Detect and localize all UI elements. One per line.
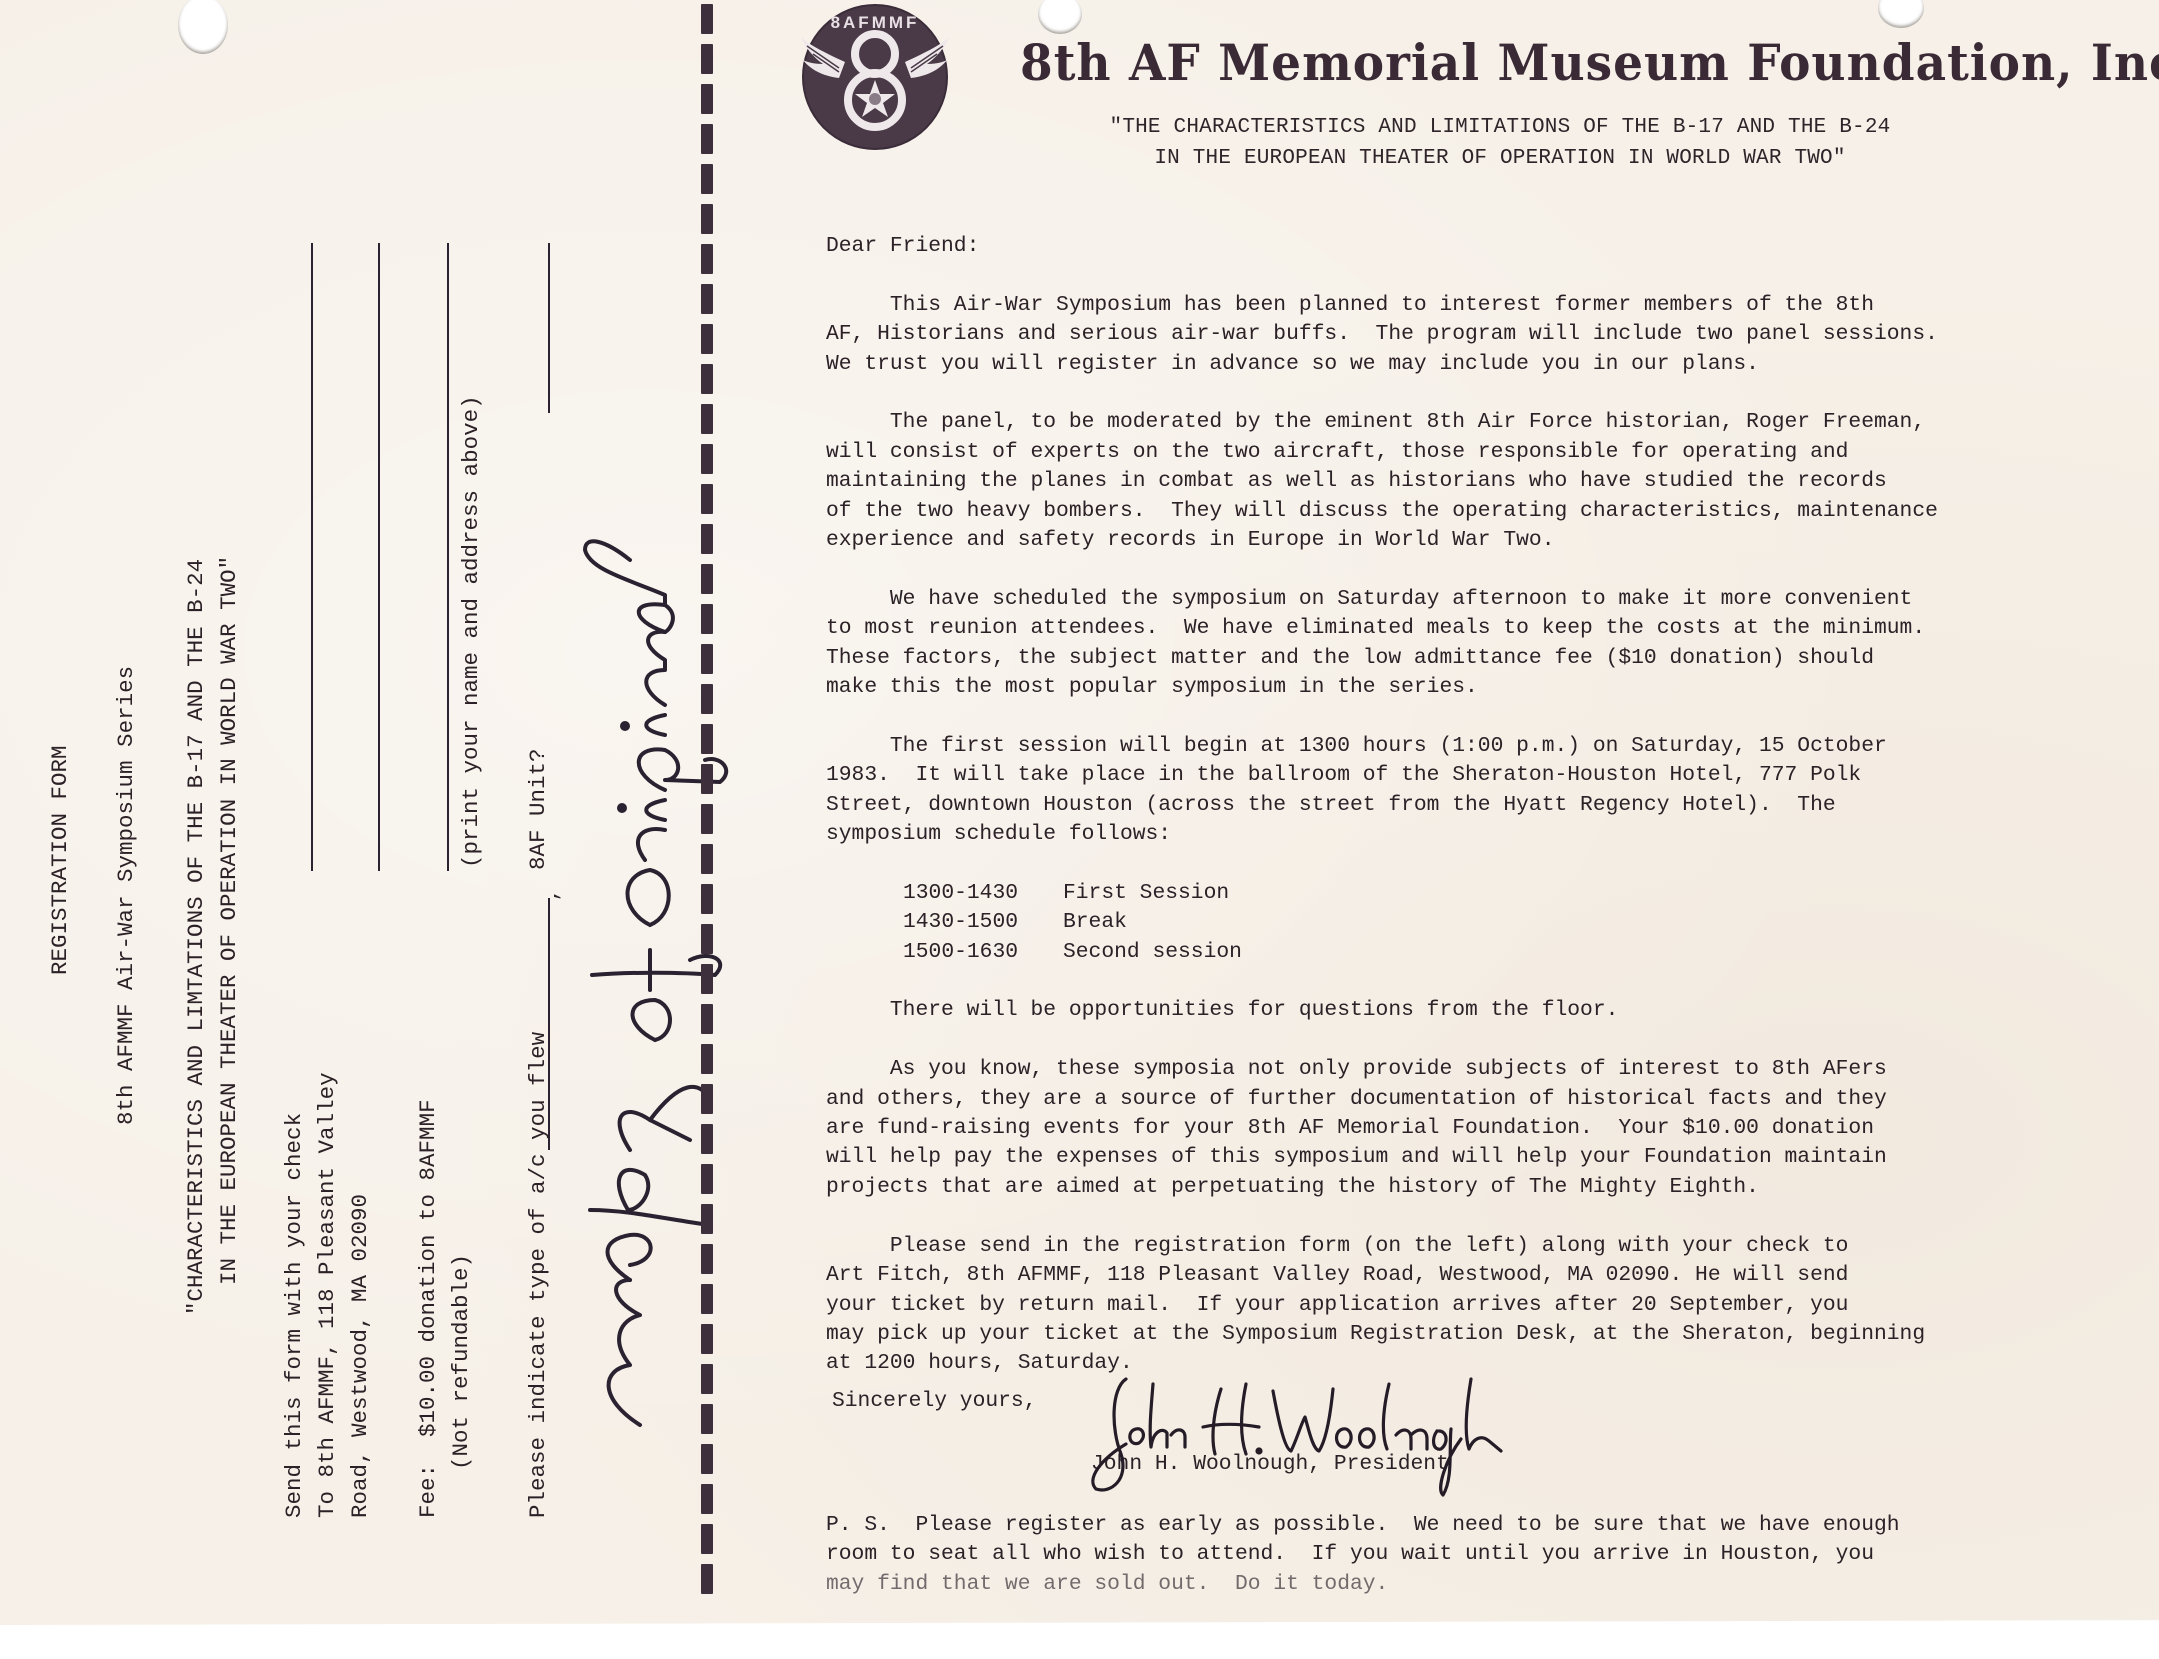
cut-line-dash [701, 1124, 713, 1154]
cut-line-dash [701, 644, 713, 674]
text-line: P. S. Please register as early as possib… [826, 1511, 2126, 1540]
text-line: 1983. It will take place in the ballroom… [826, 761, 2126, 790]
cut-line-dash [701, 1524, 713, 1554]
text-line: experience and safety records in Europe … [826, 526, 2126, 555]
form-series: 8th AFMMF Air-War Symposium Series [110, 666, 143, 1125]
svg-text:8AFMMF: 8AFMMF [831, 13, 920, 32]
organization-name: 8th AF Memorial Museum Foundation, Inc. [1020, 35, 2120, 93]
text-line: These factors, the subject matter and th… [826, 644, 2126, 673]
unit-prompt: 8AF Unit? [522, 748, 555, 870]
cut-line-dash [701, 364, 713, 394]
send-instructions-line3: Road, Westwood, MA 02090 [344, 1194, 377, 1518]
aircraft-type-field[interactable] [548, 898, 550, 1150]
cut-line-dash [701, 164, 713, 194]
text-line: room to seat all who wish to attend. If … [826, 1540, 2126, 1569]
send-instructions-line1: Send this form with your check [278, 1113, 311, 1518]
text-line: will consist of experts on the two aircr… [826, 438, 2126, 467]
text-line: maintaining the planes in combat as well… [826, 467, 2126, 496]
cut-line-dash [701, 1244, 713, 1274]
cut-line-dash [701, 1484, 713, 1514]
cut-line-dash [701, 604, 713, 634]
cut-line-dash [701, 484, 713, 514]
schedule-time: 1500-1630 [903, 938, 1063, 967]
cut-line-dash [701, 1164, 713, 1194]
text-line: make this the most popular symposium in … [826, 673, 2126, 702]
paragraph-panel: The panel, to be moderated by the eminen… [826, 408, 2126, 555]
paragraph-scheduling: We have scheduled the symposium on Satur… [826, 585, 2126, 703]
cut-line-dash [701, 524, 713, 554]
schedule-table: 1300-1430First Session 1430-1500Break 15… [903, 879, 2126, 967]
text-line: may pick up your ticket at the Symposium… [826, 1320, 2126, 1349]
text-line: projects that are aimed at perpetuating … [826, 1173, 2126, 1202]
address-line-2[interactable] [447, 243, 449, 871]
text-line: The panel, to be moderated by the eminen… [826, 408, 2126, 437]
cut-line-dash [701, 1204, 713, 1234]
text-line: symposium schedule follows: [826, 820, 2126, 849]
schedule-row: 1500-1630Second session [903, 938, 2126, 967]
paragraph-venue: The first session will begin at 1300 hou… [826, 732, 2126, 850]
text-line: We trust you will register in advance so… [826, 350, 2126, 379]
cut-line-dash [701, 244, 713, 274]
cut-line-dash [701, 84, 713, 114]
paragraph-questions: There will be opportunities for question… [826, 996, 2126, 1025]
fee-not-refundable: (Not refundable) [445, 1254, 478, 1470]
cut-line-dash [701, 284, 713, 314]
text-line: and others, they are a source of further… [826, 1085, 2126, 1114]
send-instructions-line2: To 8th AFMMF, 118 Pleasant Valley [311, 1072, 344, 1518]
cut-line-dash [701, 884, 713, 914]
cut-line-dash [701, 444, 713, 474]
schedule-row: 1430-1500Break [903, 908, 2126, 937]
text-line: of the two heavy bombers. They will disc… [826, 497, 2126, 526]
form-heading-line1: "CHARACTERISTICS AND LIMTATIONS OF THE B… [180, 559, 213, 1315]
cut-line-dash [701, 1364, 713, 1394]
cut-line-dash [701, 804, 713, 834]
form-title: REGISTRATION FORM [44, 745, 77, 975]
symposium-title: "THE CHARACTERISTICS AND LIMITATIONS OF … [1000, 112, 2000, 174]
schedule-item: Break [1063, 910, 1127, 934]
paragraph-intro: This Air-War Symposium has been planned … [826, 291, 2126, 379]
symposium-title-line2: IN THE EUROPEAN THEATER OF OPERATION IN … [1000, 143, 2000, 174]
text-line: are fund-raising events for your 8th AF … [826, 1114, 2126, 1143]
closing-block: Sincerely yours, John H. Woolnough, Pres… [826, 1387, 2126, 1499]
text-line: As you know, these symposia not only pro… [826, 1055, 2126, 1084]
schedule-item: First Session [1063, 881, 1229, 905]
cut-line-dash [701, 1404, 713, 1434]
text-line: The first session will begin at 1300 hou… [826, 732, 2126, 761]
fee-line: Fee: $10.00 donation to 8AFMMF [412, 1099, 445, 1518]
handwritten-signature: John H. Woolnough [1081, 1369, 1521, 1497]
cut-line-dash [701, 44, 713, 74]
text-line: AF, Historians and serious air-war buffs… [826, 320, 2126, 349]
text-line: This Air-War Symposium has been planned … [826, 291, 2126, 320]
name-line[interactable] [311, 243, 313, 871]
cut-line-dash [701, 1004, 713, 1034]
8th-af-seal-logo: 8AFMMF [783, 2, 963, 157]
paragraph-registration-instructions: Please send in the registration form (on… [826, 1232, 2126, 1379]
address-line-1[interactable] [378, 243, 380, 871]
schedule-item: Second session [1063, 940, 1242, 964]
unit-field[interactable] [548, 243, 550, 413]
letter-body: Dear Friend: This Air-War Symposium has … [826, 232, 2126, 1599]
cut-line-dash [701, 1564, 713, 1594]
text-line: Please send in the registration form (on… [826, 1232, 2126, 1261]
text-line: to most reunion attendees. We have elimi… [826, 614, 2126, 643]
salutation: Dear Friend: [826, 232, 2126, 261]
name-address-caption: (print your name and address above) [455, 395, 488, 868]
text-line: your ticket by return mail. If your appl… [826, 1291, 2126, 1320]
cut-line-dash [701, 1044, 713, 1074]
cut-line-dash [701, 724, 713, 754]
cut-line-dash [701, 1444, 713, 1474]
form-heading-line2: IN THE EUROPEAN THEATER OF OPERATION IN … [213, 556, 246, 1285]
cut-line-dash [701, 764, 713, 794]
cut-line-dash [701, 684, 713, 714]
paragraph-fundraising: As you know, these symposia not only pro… [826, 1055, 2126, 1202]
text-line: will help pay the expenses of this sympo… [826, 1143, 2126, 1172]
text-line: may find that we are sold out. Do it tod… [826, 1570, 2126, 1599]
cut-line-dash [701, 1084, 713, 1114]
text-line: There will be opportunities for question… [826, 996, 2126, 1025]
perforation-cut-line [701, 4, 713, 1614]
schedule-row: 1300-1430First Session [903, 879, 2126, 908]
cut-line-dash [701, 1324, 713, 1354]
symposium-title-line1: "THE CHARACTERISTICS AND LIMITATIONS OF … [1000, 112, 2000, 143]
cut-line-dash [701, 1284, 713, 1314]
cut-line-dash [701, 564, 713, 594]
text-line: Street, downtown Houston (across the str… [826, 791, 2126, 820]
closing-text: Sincerely yours, [832, 1387, 1036, 1416]
cut-line-dash [701, 404, 713, 434]
schedule-time: 1300-1430 [903, 879, 1063, 908]
postscript: P. S. Please register as early as possib… [826, 1511, 2126, 1599]
cut-line-dash [701, 924, 713, 954]
cut-line-dash [701, 204, 713, 234]
text-line: Art Fitch, 8th AFMMF, 118 Pleasant Valle… [826, 1261, 2126, 1290]
schedule-time: 1430-1500 [903, 908, 1063, 937]
cut-line-dash [701, 324, 713, 354]
handwritten-note-copy-of-original: copy of original [570, 520, 750, 1440]
comma-separator: , [541, 893, 555, 901]
cut-line-dash [701, 964, 713, 994]
cut-line-dash [701, 4, 713, 34]
text-line: We have scheduled the symposium on Satur… [826, 585, 2126, 614]
cut-line-dash [701, 124, 713, 154]
cut-line-dash [701, 844, 713, 874]
